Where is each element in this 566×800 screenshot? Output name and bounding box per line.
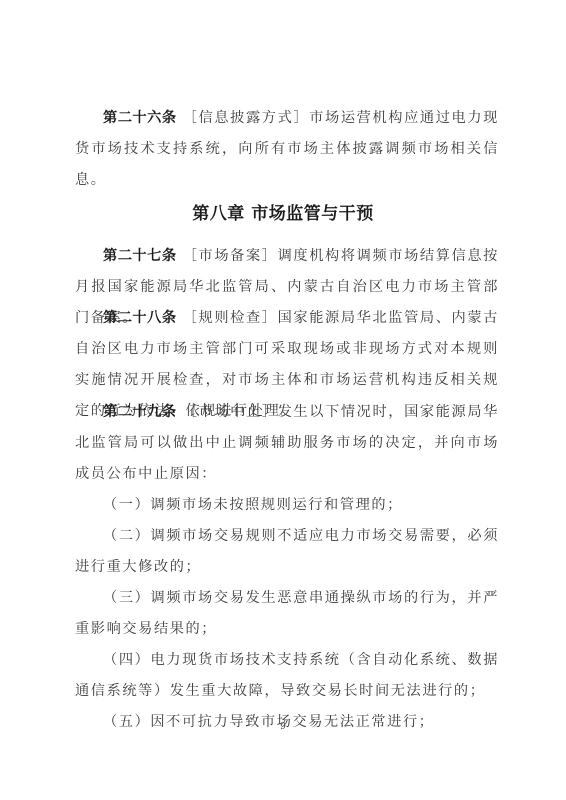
article-26-number: 第二十六条 xyxy=(103,110,177,126)
list-item: （四）电力现货市场技术支持系统（含自动化系统、数据通信系统等）发生重大故障，导致… xyxy=(75,645,499,707)
article-27-number: 第二十七条 xyxy=(103,248,177,264)
chapter-title: 第八章 市场监管与干预 xyxy=(0,199,566,224)
page-number: 9 xyxy=(0,722,566,732)
list-item: （三）调频市场交易发生恶意串通操纵市场的行为，并严重影响交易结果的； xyxy=(75,583,499,645)
article-28-number: 第二十八条 xyxy=(103,310,177,326)
article-26-paragraph: 第二十六条 ［信息披露方式］市场运营机构应通过电力现货市场技术支持系统，向所有市… xyxy=(75,103,499,196)
article-29: 第二十九条 ［市场中止］发生以下情况时，国家能源局华北监管局可以做出中止调频辅助… xyxy=(75,397,499,738)
article-26: 第二十六条 ［信息披露方式］市场运营机构应通过电力现货市场技术支持系统，向所有市… xyxy=(75,103,499,196)
article-29-number: 第二十九条 xyxy=(103,404,177,420)
document-page: 第二十六条 ［信息披露方式］市场运营机构应通过电力现货市场技术支持系统，向所有市… xyxy=(0,0,566,800)
list-item: （二）调频市场交易规则不适应电力市场交易需要，必须进行重大修改的； xyxy=(75,521,499,583)
list-item: （一）调频市场未按照规则运行和管理的； xyxy=(75,490,499,521)
article-29-paragraph: 第二十九条 ［市场中止］发生以下情况时，国家能源局华北监管局可以做出中止调频辅助… xyxy=(75,397,499,490)
